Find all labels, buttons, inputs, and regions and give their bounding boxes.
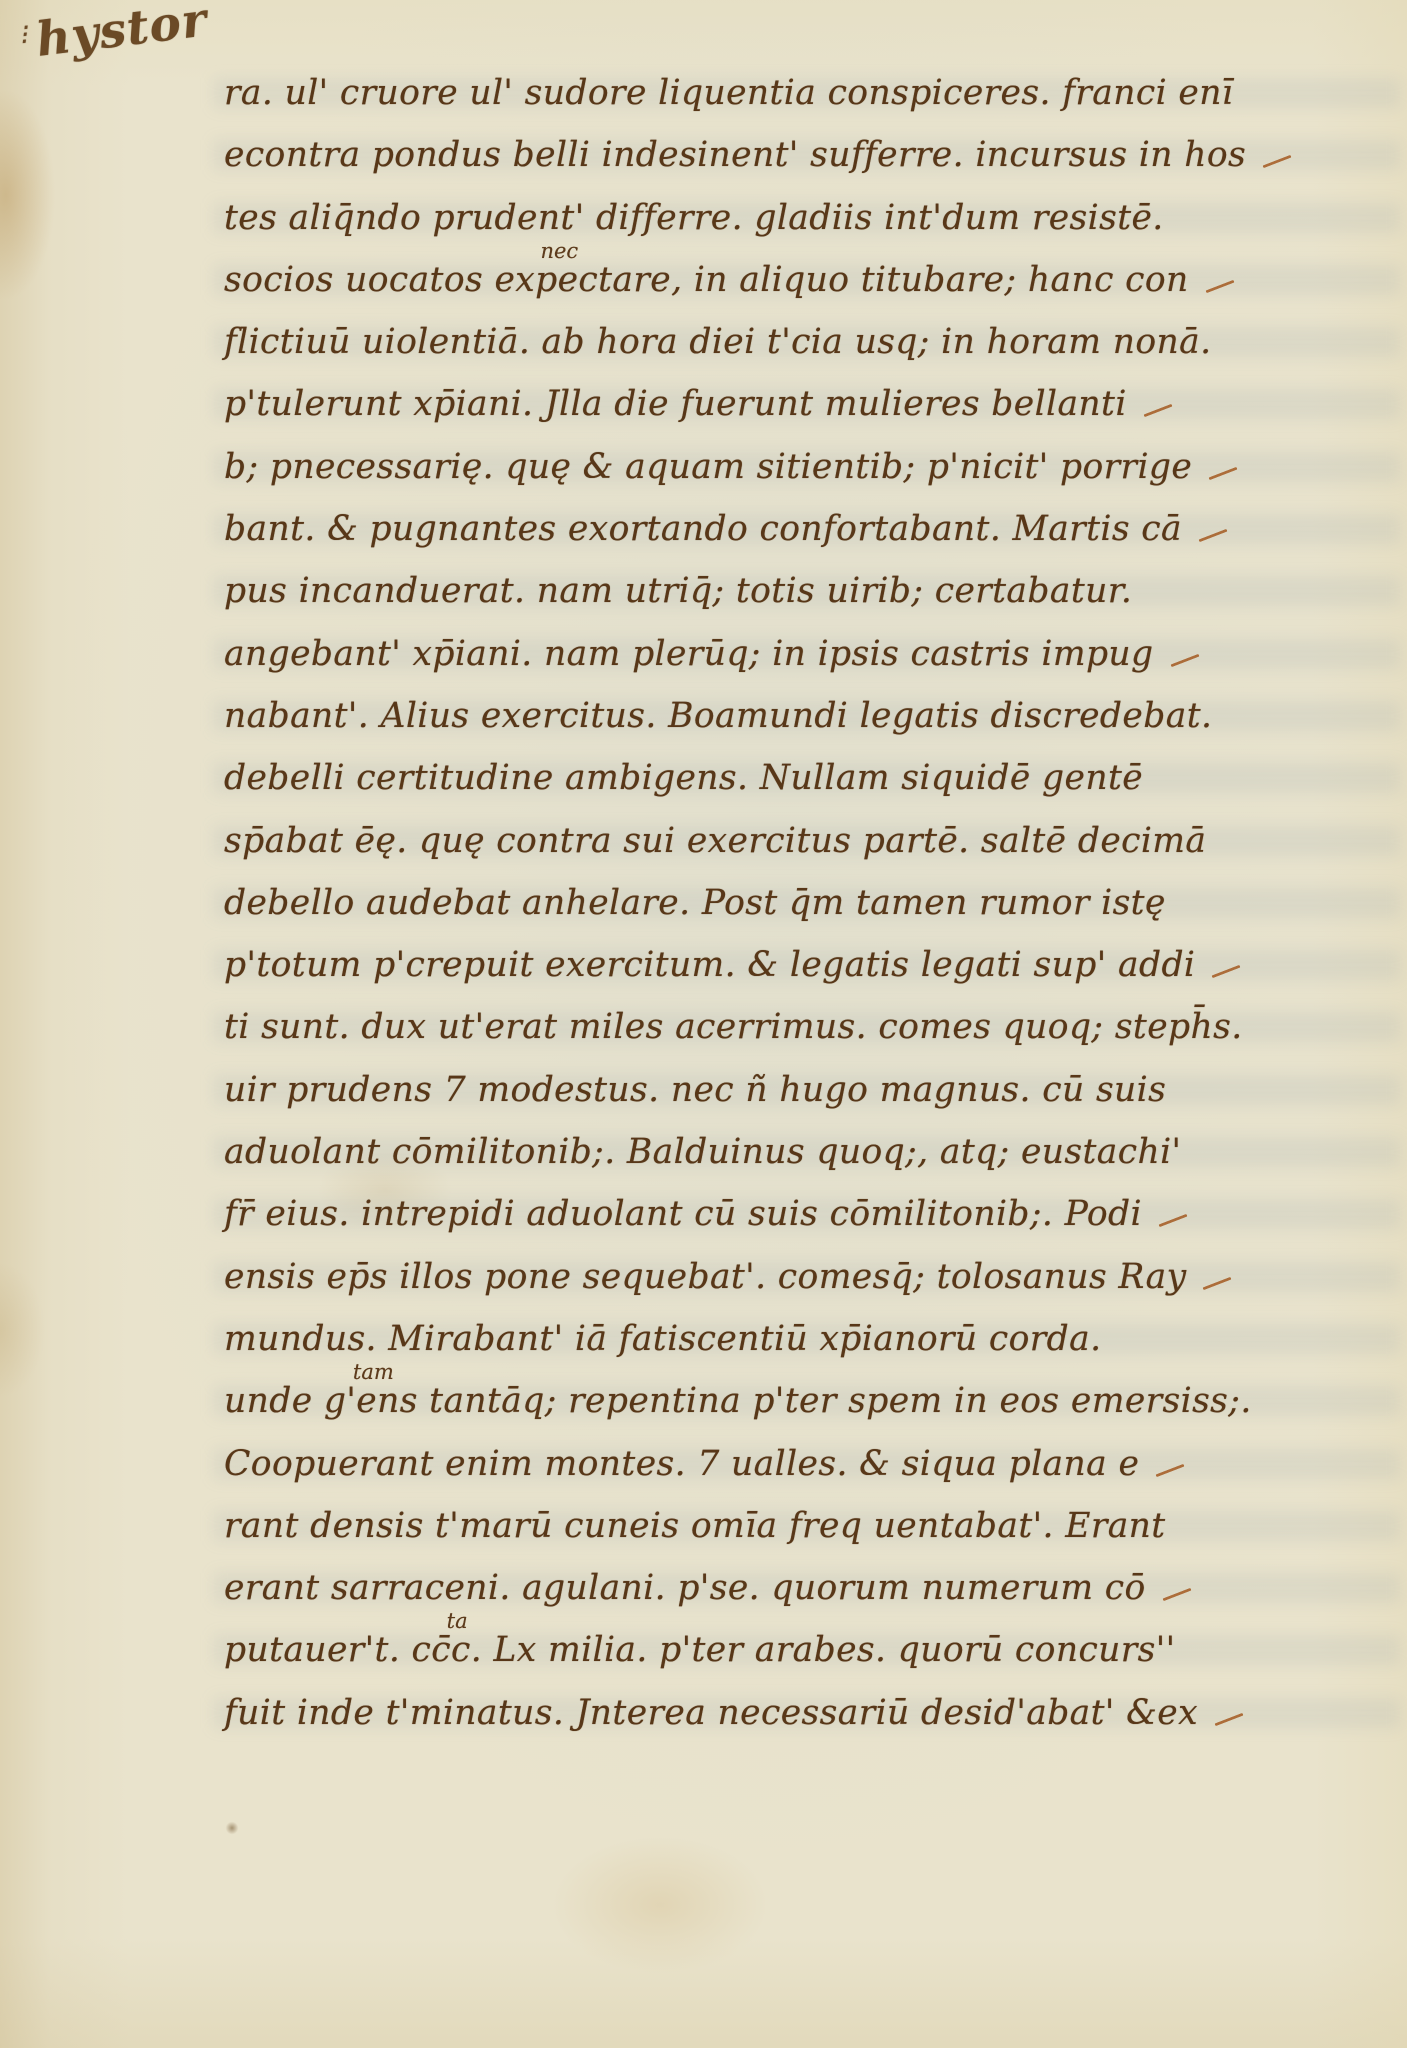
manuscript-line: bant. & pugnantes exortando confortabant…	[224, 498, 1396, 560]
manuscript-line-text: bant. & pugnantes exortando confortabant…	[224, 509, 1182, 549]
line-end-hyphen	[1205, 280, 1234, 294]
manuscript-line-text: p'totum p'crepuit exercitum. & legatis l…	[224, 945, 1195, 985]
manuscript-line: rant densis t'marū cuneis omīa freq uent…	[224, 1495, 1396, 1557]
manuscript-line: ensis ep̄s illos pone sequebat'. comesq̄…	[224, 1246, 1396, 1308]
manuscript-line-text: socios uocatos expectare, in aliquo titu…	[224, 260, 1189, 300]
manuscript-line-text: putauer't. cc̄c. Lx milia. p'ter arabes.…	[224, 1630, 1176, 1670]
manuscript-line: sp̄abat ēę. quę contra sui exercitus par…	[224, 810, 1396, 872]
text-block: ra. ul' cruore ul' sudore liquentia cons…	[224, 62, 1396, 1744]
interlinear-insertion: nec	[540, 236, 578, 266]
manuscript-line-text: b; pnecessarię. quę & aquam sitientib; p…	[224, 447, 1192, 487]
manuscript-line: debelli certitudine ambigens. Nullam siq…	[224, 747, 1396, 809]
manuscript-line: ra. ul' cruore ul' sudore liquentia cons…	[224, 62, 1396, 124]
manuscript-line: Coopuerant enim montes. 7 ualles. & siqu…	[224, 1433, 1396, 1495]
manuscript-line: econtra pondus belli indesinent' sufferr…	[224, 124, 1396, 186]
manuscript-line: nabant'. Alius exercitus. Boamundi legat…	[224, 685, 1396, 747]
manuscript-line: unde g'ens tantāq; repentina p'ter spem …	[224, 1370, 1396, 1432]
manuscript-line: mundus. Mirabant' iā fatiscentiū xp̄iano…	[224, 1308, 1396, 1370]
line-end-hyphen	[1203, 1276, 1232, 1290]
line-end-hyphen	[1158, 1214, 1187, 1228]
margin-annotation-dots: ⋮	[12, 21, 35, 47]
manuscript-line-text: rant densis t'marū cuneis omīa freq uent…	[224, 1506, 1166, 1546]
interlinear-insertion: tam	[353, 1357, 394, 1387]
manuscript-line-text: debelli certitudine ambigens. Nullam siq…	[224, 758, 1143, 798]
manuscript-line-text: econtra pondus belli indesinent' sufferr…	[224, 135, 1246, 175]
manuscript-line-text: angebant' xp̄iani. nam plerūq; in ipsis …	[224, 634, 1154, 674]
manuscript-line: uir prudens 7 modestus. nec ñ hugo magnu…	[224, 1059, 1396, 1121]
manuscript-line: debello audebat anhelare. Post q̄m tamen…	[224, 872, 1396, 934]
manuscript-line: tes aliq̄ndo prudent' differre. gladiis …	[224, 187, 1396, 249]
margin-annotation-text: hystor	[33, 0, 210, 68]
line-end-hyphen	[1170, 653, 1199, 667]
margin-annotation: ⋮hystor	[11, 0, 210, 71]
line-end-hyphen	[1214, 1712, 1243, 1726]
manuscript-line-text: p'tulerunt xp̄iani. Jlla die fuerunt mul…	[224, 384, 1127, 424]
manuscript-line: pus incanduerat. nam utriq̄; totis uirib…	[224, 560, 1396, 622]
manuscript-line-text: sp̄abat ēę. quę contra sui exercitus par…	[224, 821, 1206, 861]
manuscript-line: putauer't. cc̄c. Lx milia. p'ter arabes.…	[224, 1619, 1396, 1681]
line-end-hyphen	[1143, 404, 1172, 418]
manuscript-line-text: Coopuerant enim montes. 7 ualles. & siqu…	[224, 1444, 1139, 1484]
manuscript-line-text: aduolant cōmilitonib;. Balduinus quoq;, …	[224, 1132, 1181, 1172]
manuscript-line-text: fr̄ eius. intrepidi aduolant cū suis cōm…	[224, 1194, 1142, 1234]
line-end-hyphen	[1198, 529, 1227, 543]
manuscript-line-text: uir prudens 7 modestus. nec ñ hugo magnu…	[224, 1070, 1166, 1110]
manuscript-line: angebant' xp̄iani. nam plerūq; in ipsis …	[224, 623, 1396, 685]
manuscript-line-text: erant sarraceni. agulani. p'se. quorum n…	[224, 1568, 1146, 1608]
manuscript-line-text: unde g'ens tantāq; repentina p'ter spem …	[224, 1381, 1252, 1421]
manuscript-line: p'tulerunt xp̄iani. Jlla die fuerunt mul…	[224, 373, 1396, 435]
manuscript-line-text: nabant'. Alius exercitus. Boamundi legat…	[224, 696, 1212, 736]
manuscript-line-text: debello audebat anhelare. Post q̄m tamen…	[224, 883, 1166, 923]
manuscript-line: erant sarraceni. agulani. p'se. quorum n…	[224, 1557, 1396, 1619]
manuscript-line: b; pnecessarię. quę & aquam sitientib; p…	[224, 436, 1396, 498]
manuscript-line: fr̄ eius. intrepidi aduolant cū suis cōm…	[224, 1183, 1396, 1245]
manuscript-line-text: flictiuū uiolentiā. ab hora diei t'cia u…	[224, 322, 1211, 362]
manuscript-line-text: pus incanduerat. nam utriq̄; totis uirib…	[224, 571, 1132, 611]
line-end-hyphen	[1156, 1463, 1185, 1477]
manuscript-line: p'totum p'crepuit exercitum. & legatis l…	[224, 934, 1396, 996]
manuscript-line-text: ensis ep̄s illos pone sequebat'. comesq̄…	[224, 1257, 1186, 1297]
line-end-hyphen	[1209, 467, 1238, 481]
manuscript-line: ti sunt. dux ut'erat miles acerrimus. co…	[224, 996, 1396, 1058]
manuscript-line-text: ti sunt. dux ut'erat miles acerrimus. co…	[224, 1007, 1243, 1047]
manuscript-line-text: ra. ul' cruore ul' sudore liquentia cons…	[224, 73, 1233, 113]
manuscript-line: socios uocatos expectare, in aliquo titu…	[224, 249, 1396, 311]
line-end-hyphen	[1162, 1588, 1191, 1602]
manuscript-line-text: mundus. Mirabant' iā fatiscentiū xp̄iano…	[224, 1319, 1101, 1359]
manuscript-line-text: fuit inde t'minatus. Jnterea necessariū …	[224, 1693, 1198, 1733]
interlinear-insertion: ta	[447, 1606, 468, 1636]
manuscript-line-text: tes aliq̄ndo prudent' differre. gladiis …	[224, 198, 1164, 238]
manuscript-line: fuit inde t'minatus. Jnterea necessariū …	[224, 1682, 1396, 1744]
line-end-hyphen	[1263, 155, 1292, 169]
manuscript-line: flictiuū uiolentiā. ab hora diei t'cia u…	[224, 311, 1396, 373]
manuscript-line: aduolant cōmilitonib;. Balduinus quoq;, …	[224, 1121, 1396, 1183]
line-end-hyphen	[1212, 965, 1241, 979]
